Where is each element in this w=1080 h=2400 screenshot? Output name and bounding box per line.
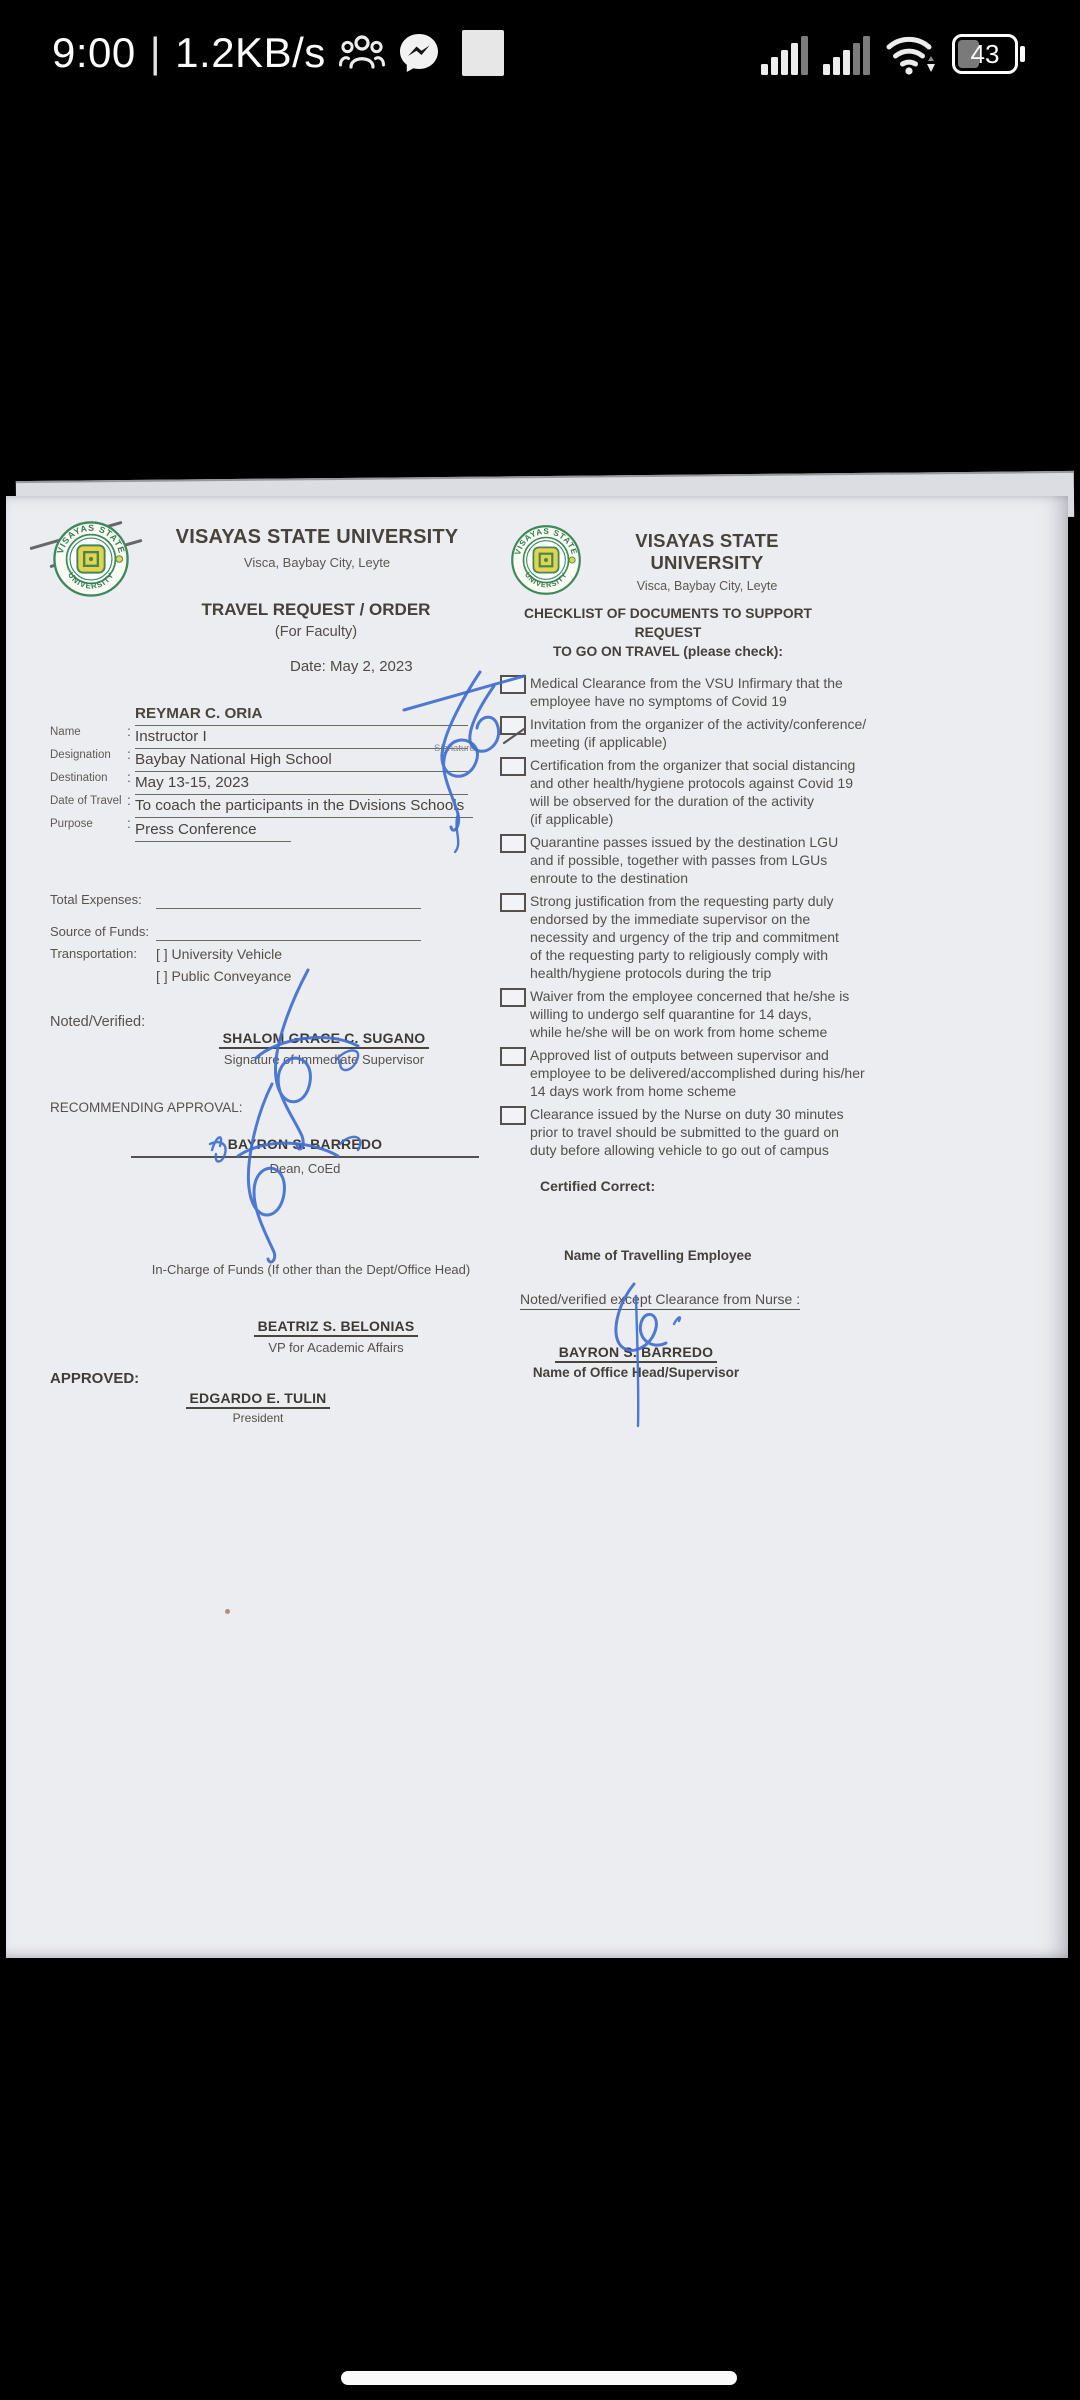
transportation-option-university-vehicle: [ ] University Vehicle (156, 946, 282, 962)
document-viewer-area[interactable]: VISAYAS STATE UNIVERSITY VISAYAS STATE U… (0, 110, 1080, 1970)
colon: : (127, 723, 131, 739)
university-address-right: Visca, Baybay City, Leyte (582, 579, 832, 593)
field-value-name: REYMAR C. ORIA (135, 705, 262, 722)
checkbox-icon (500, 893, 526, 912)
supervisor-name: SHALOM GRACE C. SUGANO (219, 1030, 430, 1049)
network-speed: 1.2KB/s (175, 29, 326, 77)
clock: 9:00 (52, 29, 136, 77)
university-name-right: VISAYAS STATE UNIVERSITY (582, 530, 832, 574)
total-expenses-label: Total Expenses: (50, 892, 142, 907)
checklist-title-block: CHECKLIST OF DOCUMENTS TO SUPPORT REQUES… (496, 604, 840, 661)
checklist-item-text: Waiver from the employee concerned that … (530, 987, 894, 1041)
checklist-item: Medical Clearance from the VSU Infirmary… (500, 674, 898, 710)
status-left-cluster: 9:00 | 1.2KB/s (52, 29, 504, 77)
field-value-travel-date: May 13-15, 2023 (135, 774, 249, 791)
field-label-designation: Designation (50, 749, 111, 761)
battery-percent: 43 (955, 37, 1015, 71)
dean-caption: Dean, CoEd (131, 1161, 479, 1176)
signature-caption: Signature (434, 743, 475, 754)
field-label-purpose: Purpose (50, 818, 93, 830)
supervisor-name-block: SHALOM GRACE C. SUGANO Signature of Imme… (174, 1030, 474, 1067)
field-value-designation: Instructor I (135, 728, 207, 745)
vsu-logo-right: VISAYAS STATE UNIVERSITY (510, 524, 582, 596)
transportation-label: Transportation: (50, 946, 137, 961)
field-value-destination: Baybay National High School (135, 751, 332, 768)
vp-name: BEATRIZ S. BELONIAS (254, 1318, 419, 1337)
checklist: Medical Clearance from the VSU Infirmary… (500, 674, 898, 1164)
checkbox-icon (500, 1047, 526, 1066)
checkbox-icon (500, 675, 526, 694)
field-label-destination: Destination (50, 772, 108, 784)
noted-except-nurse-text: Noted/verified except Clearance from Nur… (520, 1291, 800, 1310)
field-label-name: Name (50, 726, 81, 738)
date-line: Date: May 2, 2023 (290, 658, 413, 675)
vp-caption: VP for Academic Affairs (186, 1340, 486, 1355)
wifi-down-arrow (927, 64, 935, 72)
field-value-purpose: To coach the participants in the Dvision… (135, 797, 464, 814)
checkbox-icon (500, 757, 526, 776)
dean-signature-line: BAYRON S. BARREDO (131, 1136, 479, 1158)
field-line-name: REYMAR C. ORIA (135, 705, 468, 726)
checklist-title-line1: CHECKLIST OF DOCUMENTS TO SUPPORT REQUES… (496, 604, 840, 642)
status-bar[interactable]: 9:00 | 1.2KB/s (0, 0, 1080, 106)
phone-screen: 9:00 | 1.2KB/s (0, 0, 1080, 2400)
checklist-item-text: Quarantine passes issued by the destinat… (530, 833, 894, 887)
checklist-item: Strong justification from the requesting… (500, 892, 898, 982)
checklist-title-line2: TO GO ON TRAVEL (please check): (496, 642, 840, 661)
status-separator: | (150, 29, 161, 77)
paper-speck (225, 1609, 230, 1614)
checklist-item-text: Clearance issued by the Nurse on duty 30… (530, 1105, 894, 1159)
checklist-item: Clearance issued by the Nurse on duty 30… (500, 1105, 898, 1159)
office-head-caption: Name of Office Head/Supervisor (516, 1365, 756, 1380)
checklist-item: Invitation from the organizer of the act… (500, 715, 898, 751)
checklist-item-text: Certification from the organizer that so… (530, 756, 894, 828)
office-head-name: BAYRON S. BARREDO (555, 1344, 718, 1363)
home-indicator-bar[interactable] (341, 2371, 737, 2385)
checklist-item-text: Strong justification from the requesting… (530, 892, 894, 982)
university-name-left: VISAYAS STATE UNIVERSITY (156, 526, 478, 549)
left-header: VISAYAS STATE UNIVERSITY Visca, Baybay C… (156, 526, 478, 570)
cellular-signal-2-icon (823, 35, 870, 75)
noted-verified-label: Noted/Verified: (50, 1014, 145, 1030)
total-expenses-line (156, 892, 421, 909)
document-photo[interactable]: VISAYAS STATE UNIVERSITY VISAYAS STATE U… (6, 496, 1068, 1958)
checklist-item: Waiver from the employee concerned that … (500, 987, 898, 1041)
recommending-approval-label: RECOMMENDING APPROVAL: (50, 1100, 243, 1115)
vsu-logo-left: VISAYAS STATE UNIVERSITY (52, 520, 130, 598)
messenger-icon (398, 32, 440, 74)
office-head-block: BAYRON S. BARREDO (536, 1344, 736, 1363)
checkbox-icon (500, 716, 526, 735)
checklist-item-text: Medical Clearance from the VSU Infirmary… (530, 674, 894, 710)
form-title: TRAVEL REQUEST / ORDER (116, 600, 516, 620)
battery-nub (1020, 46, 1025, 62)
president-name-block: EDGARDO E. TULIN President (108, 1390, 408, 1425)
source-of-funds-label: Source of Funds: (50, 924, 149, 939)
colon: : (127, 792, 131, 808)
checklist-item: Approved list of outputs between supervi… (500, 1046, 898, 1100)
approved-label: APPROVED: (50, 1370, 139, 1387)
checklist-item-text: Approved list of outputs between supervi… (530, 1046, 894, 1100)
status-right-cluster: 43 (761, 31, 1018, 75)
checkbox-icon (500, 834, 526, 853)
field-line-designation: Instructor I (135, 728, 468, 749)
group-icon (338, 32, 386, 74)
field-label-travel-date: Date of Travel (50, 795, 122, 807)
field-line-travel-date: May 13-15, 2023 (135, 774, 468, 795)
president-caption: President (108, 1411, 408, 1425)
field-line-purpose-2: Press Conference (135, 821, 291, 842)
source-of-funds-line (156, 924, 421, 941)
checkbox-icon (500, 988, 526, 1007)
checkbox-icon (500, 1106, 526, 1125)
colon: : (127, 746, 131, 762)
certified-correct-label: Certified Correct: (540, 1178, 655, 1194)
form-subtitle: (For Faculty) (116, 624, 516, 640)
checklist-item-text: Invitation from the organizer of the act… (530, 715, 894, 751)
cellular-signal-1-icon (761, 35, 808, 75)
vp-name-block: BEATRIZ S. BELONIAS VP for Academic Affa… (186, 1318, 486, 1355)
checklist-item: Quarantine passes issued by the destinat… (500, 833, 898, 887)
colon: : (127, 815, 131, 831)
transportation-option-public-conveyance: [ ] Public Conveyance (156, 968, 291, 984)
university-address-left: Visca, Baybay City, Leyte (156, 555, 478, 570)
checklist-item: Certification from the organizer that so… (500, 756, 898, 828)
field-line-destination: Baybay National High School (135, 751, 468, 772)
incharge-caption: In-Charge of Funds (If other than the De… (116, 1262, 506, 1277)
supervisor-caption: Signature of Immediate Supervisor (174, 1052, 474, 1067)
right-header: VISAYAS STATE UNIVERSITY Visca, Baybay C… (582, 530, 832, 593)
field-line-purpose: To coach the participants in the Dvision… (135, 797, 473, 818)
wifi-icon (885, 31, 937, 75)
dean-name: BAYRON S. BARREDO (228, 1136, 383, 1152)
battery-icon: 43 (952, 34, 1018, 74)
field-value-purpose-2: Press Conference (135, 821, 257, 838)
colon: : (127, 769, 131, 785)
president-name: EDGARDO E. TULIN (186, 1390, 331, 1409)
travelling-employee-caption: Name of Travelling Employee (564, 1248, 752, 1263)
square-notification-icon (462, 30, 504, 76)
form-title-block: TRAVEL REQUEST / ORDER (For Faculty) (116, 600, 516, 640)
